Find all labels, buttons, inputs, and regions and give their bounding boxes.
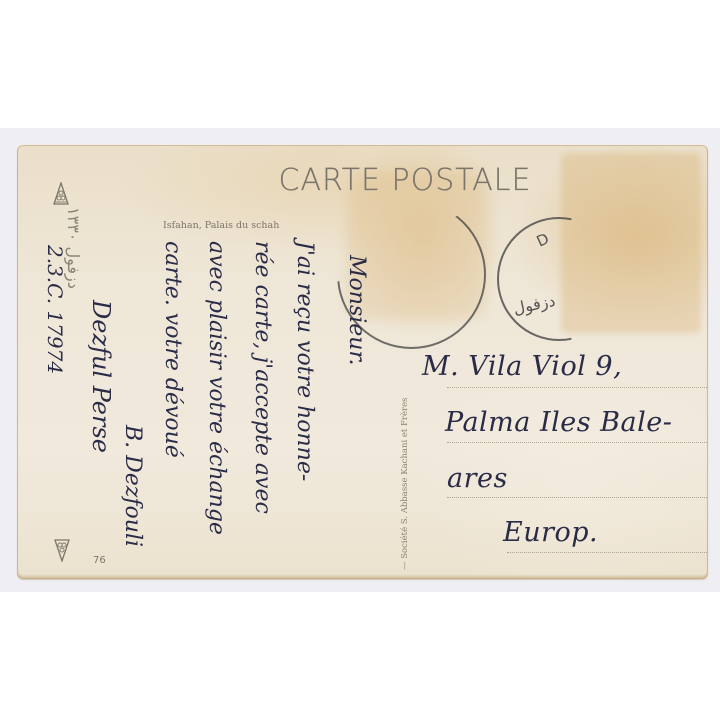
background-bottom [0,592,720,720]
address-rule [447,497,707,498]
address-line-1: M. Vila Viol 9, [422,351,622,382]
publisher-credit: — Société S. Abbasse Kachani et Frères [400,398,410,570]
image-caption: Isfahan, Palais du schah [163,220,279,231]
publisher-name: Société S. Abbasse Kachani et Frères [400,398,410,559]
background-top [0,0,720,128]
address-rule [447,387,707,388]
plate-number: 76 [93,555,106,566]
publisher-logo-icon [52,182,70,206]
address-rule [507,552,707,553]
message-line-2: rée carte, j'accepte avec [250,241,275,514]
address-rule [447,442,707,443]
signature: Dezful Perse [87,300,115,453]
address-line-2: Palma Iles Bale- [445,407,672,438]
message-line-1: J'ai reçu votre honne- [292,241,317,481]
address-line-4: Europ. [503,517,598,548]
postcard: CARTE POSTALE Isfahan, Palais du schah 7… [17,145,708,579]
message-date: 2.3.C. 17974 [43,245,67,374]
message-line-4: carte. votre dévoué [160,241,185,458]
address-line-3: ares [447,463,508,494]
stamp-residue [561,153,701,333]
publisher-logo-icon [53,538,71,562]
message-line-3: avec plaisir votre échange [204,241,229,535]
signature-initial: B. Dezfouli [120,425,145,547]
postcard-header: CARTE POSTALE [277,163,533,198]
message-salutation: Monsieur. [344,255,369,366]
